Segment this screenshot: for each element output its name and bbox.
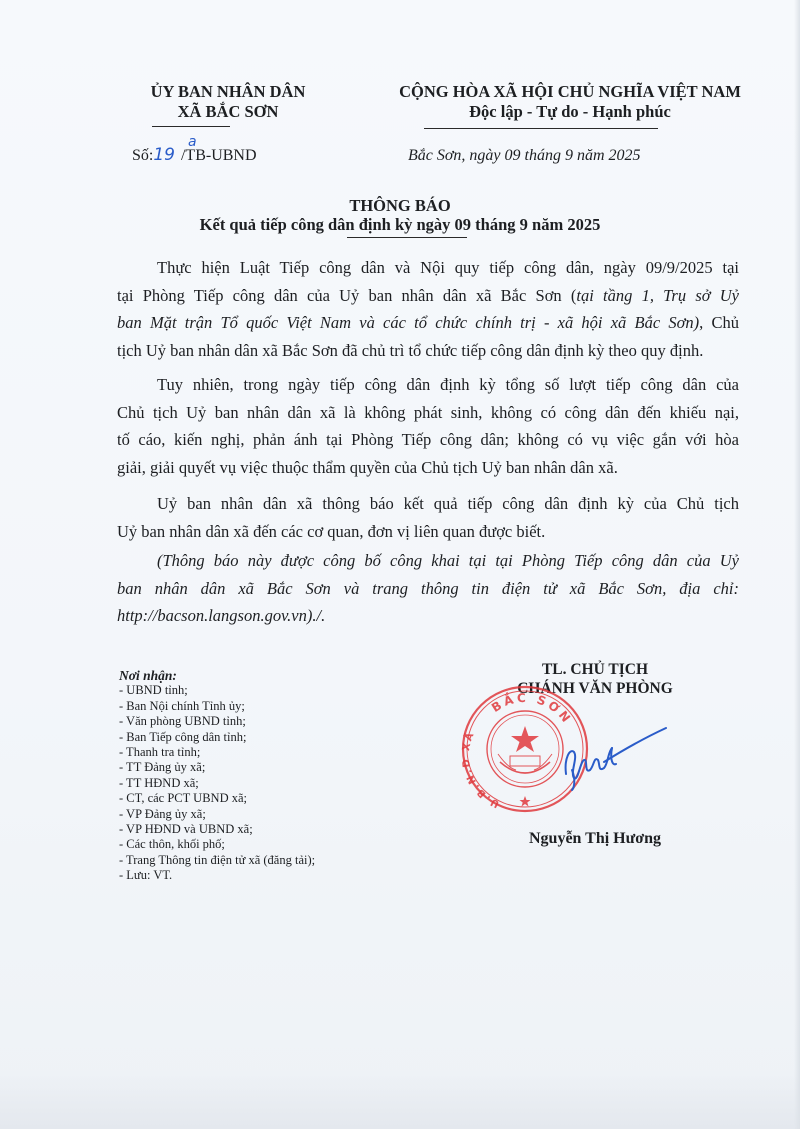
p1-line-4: tịch Uỷ ban nhân dân xã Bắc Sơn đã chủ t…	[117, 337, 739, 365]
signer-name: Nguyễn Thị Hương	[480, 830, 710, 848]
recipient-item: - VP HĐND và UBND xã;	[119, 822, 315, 837]
agency-line-1: ỦY BAN NHÂN DÂN	[108, 82, 348, 102]
p1-line-1: Thực hiện Luật Tiếp công dân và Nội quy …	[117, 254, 739, 282]
p4-line-2: ban nhân dân xã Bắc Sơn và trang thông t…	[117, 575, 739, 603]
recipient-item: - Ban Nội chính Tỉnh ủy;	[119, 699, 315, 714]
svg-text:U.B.N.D XÃ: U.B.N.D XÃ	[461, 729, 502, 810]
recipient-item: - VP Đảng ủy xã;	[119, 807, 315, 822]
p2-line-3: tố cáo, kiến nghị, phản ánh tại Phòng Ti…	[117, 426, 739, 454]
document-subject: Kết quả tiếp công dân định kỳ ngày 09 th…	[0, 215, 800, 235]
handwritten-suffix: a	[188, 134, 197, 150]
authority-line-1: TL. CHỦ TỊCH	[480, 660, 710, 679]
p2-line-2: Chủ tịch Uỷ ban nhân dân xã là không phá…	[117, 399, 739, 427]
p1-line-3: ban Mặt trận Tổ quốc Việt Nam và các tổ …	[117, 309, 739, 337]
recipient-item: - Thanh tra tỉnh;	[119, 745, 315, 760]
paragraph-2: Tuy nhiên, trong ngày tiếp công dân định…	[117, 371, 739, 481]
recipient-item: - TT Đảng ủy xã;	[119, 760, 315, 775]
handwritten-number: 19	[153, 145, 175, 165]
country-name: CỘNG HÒA XÃ HỘI CHỦ NGHĨA VIỆT NAM	[360, 82, 780, 102]
recipient-item: - Các thôn, khối phố;	[119, 837, 315, 852]
paragraph-1: Thực hiện Luật Tiếp công dân và Nội quy …	[117, 254, 739, 364]
p3-line-1: Uỷ ban nhân dân xã thông báo kết quả tiế…	[117, 490, 739, 518]
subject-underline	[347, 237, 467, 238]
paragraph-4: (Thông báo này được công bố công khai tạ…	[117, 547, 739, 630]
recipient-item: - Ban Tiếp công dân tỉnh;	[119, 730, 315, 745]
recipient-item: - TT HĐND xã;	[119, 776, 315, 791]
handwritten-signature	[560, 722, 670, 792]
motto-underline	[424, 128, 658, 129]
issuing-agency: ỦY BAN NHÂN DÂN XÃ BẮC SƠN	[108, 82, 348, 122]
document-number: Số:19a/TB-UBND	[132, 145, 257, 165]
p2-line-4: giải, giải quyết vụ việc thuộc thẩm quyề…	[117, 454, 739, 482]
p1-line-3-italic: ban Mặt trận Tổ quốc Việt Nam và các tổ …	[117, 313, 699, 332]
motto: Độc lập - Tự do - Hạnh phúc	[360, 102, 780, 122]
agency-line-2: XÃ BẮC SƠN	[108, 102, 348, 122]
agency-underline	[152, 126, 230, 127]
p2-line-1: Tuy nhiên, trong ngày tiếp công dân định…	[117, 371, 739, 399]
national-motto: CỘNG HÒA XÃ HỘI CHỦ NGHĨA VIỆT NAM Độc l…	[360, 82, 780, 122]
recipient-item: - Lưu: VT.	[119, 868, 315, 883]
p1-line-2: tại Phòng Tiếp công dân của Uỷ ban nhân …	[117, 282, 739, 310]
recipient-item: - UBND tỉnh;	[119, 683, 315, 698]
recipient-item: - CT, các PCT UBND xã;	[119, 791, 315, 806]
p1-line-2-text: tại Phòng Tiếp công dân của Uỷ ban nhân …	[117, 286, 576, 305]
p4-line-1: (Thông báo này được công bố công khai tạ…	[117, 547, 739, 575]
scan-edge	[794, 0, 800, 1129]
paragraph-3: Uỷ ban nhân dân xã thông báo kết quả tiế…	[117, 490, 739, 545]
document-type: THÔNG BÁO	[0, 196, 800, 216]
p3-line-2: Uỷ ban nhân dân xã đến các cơ quan, đơn …	[117, 518, 739, 546]
place-date: Bắc Sơn, ngày 09 tháng 9 năm 2025	[408, 147, 641, 165]
p4-line-3-url[interactable]: http://bacson.langson.gov.vn)./.	[117, 602, 739, 630]
p1-line-3-text: , Chủ	[699, 313, 739, 332]
p1-line-2-italic: tại tầng 1, Trụ sở Uỷ	[576, 286, 739, 305]
recipients-list: Nơi nhận: - UBND tỉnh; - Ban Nội chính T…	[119, 668, 315, 884]
recipients-heading: Nơi nhận:	[119, 668, 315, 683]
number-prefix: Số:	[132, 147, 153, 164]
recipient-item: - Trang Thông tin điện tử xã (đăng tải);	[119, 853, 315, 868]
recipient-item: - Văn phòng UBND tỉnh;	[119, 714, 315, 729]
